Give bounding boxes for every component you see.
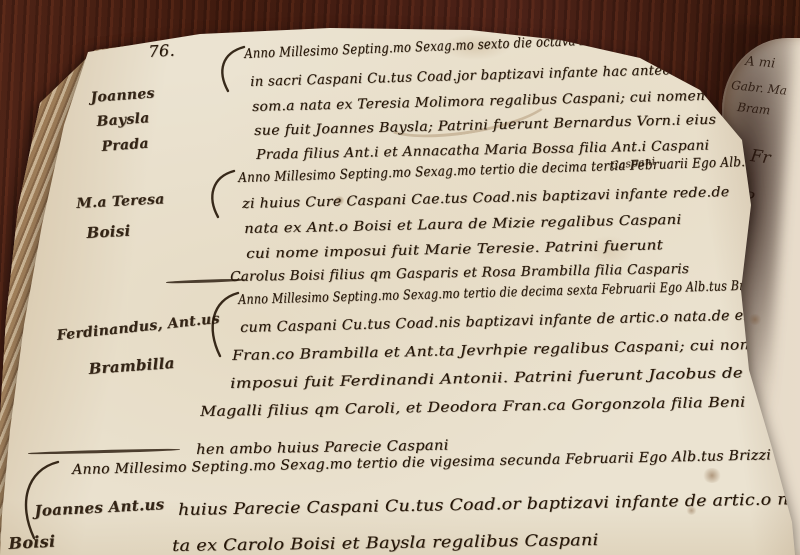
record-line: Anno Millesimo Septing.mo Sexag.mo sexto…: [244, 25, 779, 62]
paper-stain: [748, 314, 762, 325]
margin-name: M.a Teresa: [76, 191, 165, 212]
entry-paraph-flourish: [214, 44, 248, 94]
manuscript-photo-scene: A mi Gabr. Ma Bram Fr P 76. Joannes Bays…: [0, 0, 800, 555]
margin-name: Baysla: [96, 110, 150, 130]
entry-paraph-flourish: [204, 168, 238, 220]
record-line: huius Parecie Caspani Cu.tus Coad.or bap…: [178, 489, 799, 519]
margin-name: Boisi: [86, 222, 131, 242]
record-line: Magalli filius qm Caroli, et Deodora Fra…: [200, 394, 746, 420]
ink-stain: [702, 468, 722, 483]
margin-name: Boisi: [8, 532, 56, 553]
manuscript-page-wrap: 76. Joannes Baysla Prada Anno Millesimo …: [0, 0, 800, 555]
page-number: 76.: [148, 41, 175, 61]
margin-name: Joannes: [90, 86, 155, 106]
margin-name: Brambilla: [88, 354, 175, 378]
margin-name: Prada: [101, 136, 149, 155]
record-line: zi huius Cure Caspani Cae.tus Coad.nis b…: [242, 184, 730, 212]
margin-name: Ferdinandus, Ant.us: [56, 311, 221, 344]
manuscript-page: 76. Joannes Baysla Prada Anno Millesimo …: [0, 0, 800, 555]
line-filler-stroke: [28, 448, 180, 454]
record-line: cum Caspani Cu.tus Coad.nis baptizavi in…: [240, 306, 800, 336]
record-line: Fran.co Brambilla et Ant.ta Jevrhpie reg…: [232, 337, 774, 364]
record-line: ta ex Carolo Boisi et Baysla regalibus C…: [172, 530, 599, 555]
record-line: nata ex Ant.o Boisi et Laura de Mizie re…: [244, 212, 682, 237]
record-line: imposui fuit Ferdinandi Antonii. Patrini…: [230, 365, 743, 392]
